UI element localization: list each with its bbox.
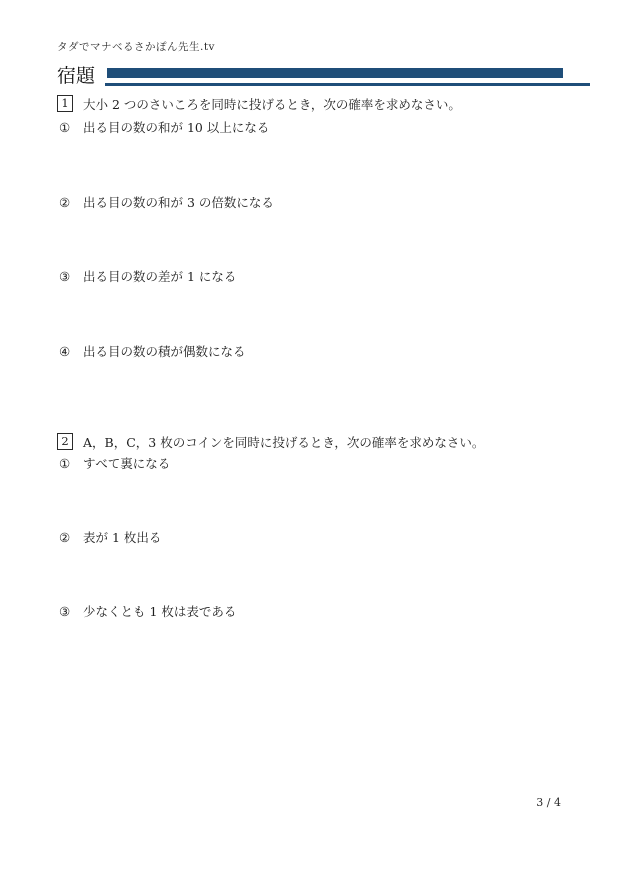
problem-2-item-3: ③ 少なくとも 1 枚は表である (59, 604, 236, 619)
circled-number-icon: ④ (59, 344, 83, 359)
circled-number-icon: ① (59, 120, 83, 135)
item-text: 出る目の数の和が 3 の倍数になる (83, 195, 274, 210)
problem-1-statement: 大小 2 つのさいころを同時に投げるとき，次の確率を求めなさい。 (83, 95, 461, 113)
circled-number-icon: ③ (59, 269, 83, 284)
item-text: 出る目の数の積が偶数になる (83, 344, 246, 359)
problem-2-number-box: 2 (57, 433, 73, 450)
problem-1-item-4: ④ 出る目の数の積が偶数になる (59, 344, 246, 359)
problem-2-statement: A，B，C，3 枚のコインを同時に投げるとき，次の確率を求めなさい。 (83, 433, 484, 451)
problem-2-heading: 2 A，B，C，3 枚のコインを同時に投げるとき，次の確率を求めなさい。 (57, 433, 484, 451)
title-rule-thick (107, 68, 563, 78)
circled-number-icon: ② (59, 530, 83, 545)
circled-number-icon: ① (59, 456, 83, 471)
problem-1-heading: 1 大小 2 つのさいころを同時に投げるとき，次の確率を求めなさい。 (57, 95, 461, 113)
page-title: 宿題 (57, 61, 95, 88)
circled-number-icon: ③ (59, 604, 83, 619)
title-rule-thin (105, 83, 590, 86)
item-text: 表が 1 枚出る (83, 530, 161, 545)
document-page: タダでマナベるさかぽん先生.tv 宿題 1 大小 2 つのさいころを同時に投げる… (0, 0, 620, 877)
item-text: 少なくとも 1 枚は表である (83, 604, 236, 619)
problem-1-item-1: ① 出る目の数の和が 10 以上になる (59, 120, 269, 135)
problem-1-item-2: ② 出る目の数の和が 3 の倍数になる (59, 195, 274, 210)
item-text: 出る目の数の差が 1 になる (83, 269, 236, 284)
item-text: すべて裏になる (83, 456, 170, 471)
problem-2-item-1: ① すべて裏になる (59, 456, 170, 471)
circled-number-icon: ② (59, 195, 83, 210)
problem-1-number-box: 1 (57, 95, 73, 112)
page-number: 3 / 4 (536, 796, 561, 809)
problem-2-item-2: ② 表が 1 枚出る (59, 530, 161, 545)
site-header-text: タダでマナベるさかぽん先生.tv (57, 39, 215, 54)
item-text: 出る目の数の和が 10 以上になる (83, 120, 269, 135)
problem-1-item-3: ③ 出る目の数の差が 1 になる (59, 269, 236, 284)
